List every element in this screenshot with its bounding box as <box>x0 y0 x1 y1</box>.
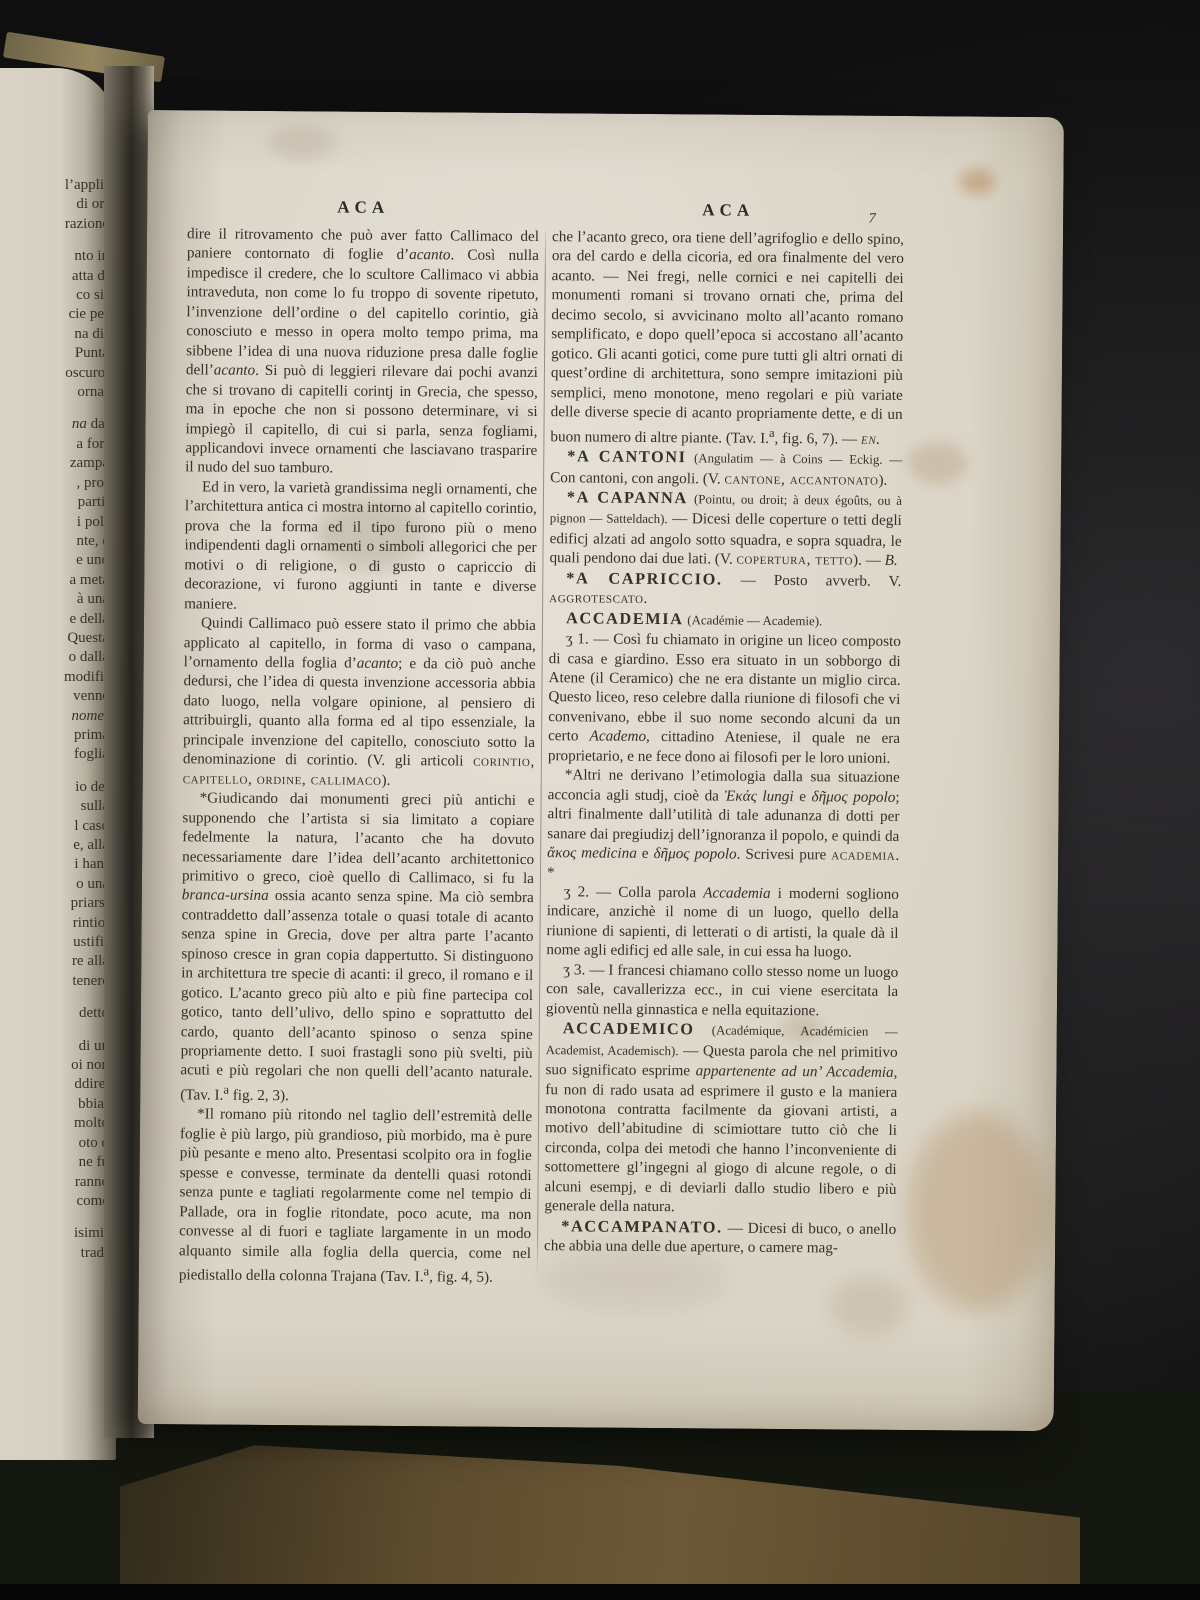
page-fragment-line: bbia- <box>0 1095 109 1114</box>
text-column-right: che l’acanto greco, ora tiene dell’agrif… <box>544 227 904 1294</box>
page-fragment-line: i han- <box>0 855 109 874</box>
page-fragment-line: foglia <box>0 745 109 764</box>
page-fragment-line: e della <box>0 610 109 629</box>
page-fragment-line: e, alla <box>0 836 109 855</box>
paragraph: *ACCAMPANATO. — Dicesi di buco, o anello… <box>544 1216 896 1259</box>
stain <box>959 168 995 194</box>
page-fragment-line: , pro- <box>0 474 109 493</box>
page-fragment-gap <box>0 234 109 247</box>
page-fragment-line: cie per <box>0 305 109 324</box>
page-fragment-line: orna- <box>0 383 109 402</box>
page-fragment-line: isimi- <box>0 1224 109 1243</box>
page-fragment-gap <box>0 1211 109 1224</box>
page-fragment-line: come <box>0 1192 109 1211</box>
page-fragment-line: sulla <box>0 797 109 816</box>
page-fragment-line: na dai <box>0 415 109 434</box>
page-fragment-line: nto in <box>0 247 109 266</box>
page-fragment-line: nome) <box>0 707 109 726</box>
paragraph: *Il romano più ritondo nel taglio dell’e… <box>179 1105 532 1288</box>
text-column-left: dire il ritrovamento che può aver fatto … <box>179 224 539 1291</box>
page-fragment-line: ne fu <box>0 1153 109 1172</box>
paragraph: *Giudicando dai monumenti greci più anti… <box>180 788 534 1107</box>
paragraph: dire il ritrovamento che può aver fatto … <box>185 224 539 480</box>
paragraph: *A CAPANNA (Pointu, ou droit; à deux égo… <box>549 487 902 571</box>
stain <box>907 442 967 484</box>
book-photo: l’appli-di or-razione nto inatta dico si… <box>0 0 1200 1600</box>
paragraph: Quindi Callimaco può essere stato il pri… <box>183 613 536 791</box>
text-columns: dire il ritrovamento che può aver fatto … <box>139 224 907 1294</box>
previous-page-text-fragments: l’appli-di or-razione nto inatta dico si… <box>0 176 109 1263</box>
page-fragment-line: zampa <box>0 454 109 473</box>
page-fragment-line: modifi- <box>0 668 109 687</box>
page-fragment-line: molto <box>0 1114 109 1133</box>
page-fragment-line: Punta <box>0 344 109 363</box>
stain <box>907 1111 1049 1312</box>
previous-page-edge: l’appli-di or-razione nto inatta dico si… <box>0 68 116 1460</box>
page-fragment-line: o una <box>0 875 109 894</box>
paragraph: Ed in vero, la varietà grandissima negli… <box>184 477 537 616</box>
page-fragment-line: oto o <box>0 1134 109 1153</box>
page-fragment-gap <box>0 1024 109 1037</box>
page-fragment-line: oi non <box>0 1056 109 1075</box>
page-fragment-line: na di- <box>0 325 109 344</box>
book-page: ACA ACA 7 dire il ritrovamento che può a… <box>138 110 1064 1431</box>
page-fragment-line: l’appli- <box>0 176 109 195</box>
paragraph: ʒ 3. — I francesi chiamano collo stesso … <box>546 960 898 1021</box>
page-fragment-line: oscuro. <box>0 364 109 383</box>
page-fragment-line: ustifi- <box>0 933 109 952</box>
running-title-left: ACA <box>187 196 539 219</box>
paragraph: ʒ 2. — Colla parola Accademia i moderni … <box>546 882 899 963</box>
paragraph: *A CAPRICCIO. — Posto avverb. V. aggrote… <box>549 568 901 611</box>
page-fragment-line: io del <box>0 778 109 797</box>
page-fragment-line: nte, e <box>0 532 109 551</box>
page-fragment-line: ranno <box>0 1173 109 1192</box>
paragraph: *A CANTONI (Angulatim — à Coins — Eckig.… <box>550 446 902 490</box>
page-fragment-line: razione <box>0 215 109 234</box>
page-fragment-line: i pol- <box>0 513 109 532</box>
paragraph: *Altri ne derivano l’etimologia dalla su… <box>547 765 900 884</box>
page-fragment-line: l caso <box>0 817 109 836</box>
page-fragment-line: re alla <box>0 952 109 971</box>
page-fragment-gap <box>0 765 109 778</box>
paragraph: ACCADEMIA (Académie — Academie). <box>549 608 901 632</box>
paragraph: ACCADEMICO (Académique, Académicien — Ac… <box>544 1018 898 1218</box>
page-fragment-line: atta di <box>0 267 109 286</box>
page-fragment-line: rintio. <box>0 914 109 933</box>
paragraph: ʒ 1. — Così fu chiamato in origine un li… <box>548 629 901 768</box>
page-fragment-line: trad- <box>0 1244 109 1263</box>
page-fragment-gap <box>0 402 109 415</box>
page-fragment-line: ddire, <box>0 1075 109 1094</box>
page-fragment-line: a for- <box>0 435 109 454</box>
page-fragment-line: a metà <box>0 571 109 590</box>
page-fragment-line: co si- <box>0 286 109 305</box>
page-fragment-line: Questa <box>0 629 109 648</box>
page-fragment-line: prima <box>0 726 109 745</box>
page-fragment-line: di or- <box>0 195 109 214</box>
paragraph: che l’acanto greco, ora tiene dell’agrif… <box>550 227 904 449</box>
page-fragment-line: tenere <box>0 972 109 991</box>
page-fragment-line: e uno <box>0 551 109 570</box>
photo-bottom-edge <box>0 1584 1200 1600</box>
page-fragment-line: à una <box>0 590 109 609</box>
page-fragment-line: venne <box>0 687 109 706</box>
stain <box>268 125 338 162</box>
page-fragment-line: priarsi <box>0 894 109 913</box>
page-fragment-line: o dalla <box>0 648 109 667</box>
page-fragment-gap <box>0 991 109 1004</box>
page-fragment-line: parti, <box>0 493 109 512</box>
page-fragment-line: detto <box>0 1004 109 1023</box>
page-number: 7 <box>847 210 897 227</box>
page-fragment-line: di un <box>0 1037 109 1056</box>
